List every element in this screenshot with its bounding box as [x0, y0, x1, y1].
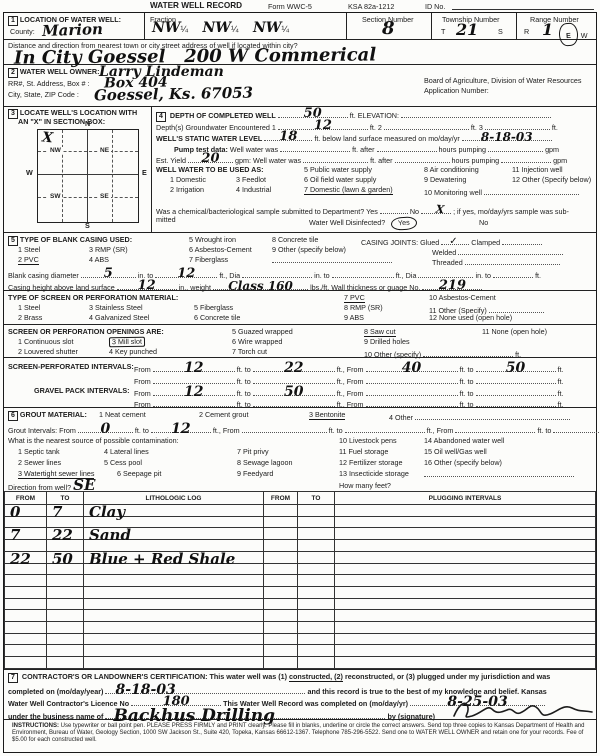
- application-number-label: Application Number:: [424, 87, 489, 95]
- screen-3: 3 Stainless Steel: [89, 304, 143, 312]
- spi-from-1: 12: [153, 363, 235, 372]
- compass-w: W: [26, 169, 33, 177]
- certification-text-1: CONTRACTOR'S OR LANDOWNER'S CERTIFICATIO…: [22, 672, 287, 681]
- opening-6: 6 Wire wrapped: [232, 338, 282, 346]
- casing-9: 9 Other (specify below): [272, 246, 346, 254]
- gw-2-label: ft. 2: [370, 123, 382, 132]
- log-text-value: Sand: [89, 526, 131, 544]
- contamination-question: What is the nearest source of possible c…: [8, 437, 179, 445]
- divider: [144, 13, 145, 39]
- form-body: 1LOCATION OF WATER WELL: County: Marion …: [3, 12, 597, 753]
- id-no-label: ID No.: [425, 3, 445, 11]
- screen-6: 6 Concrete tile: [194, 314, 240, 322]
- use-4: 4 Industrial: [236, 186, 271, 194]
- log-from-value: 7: [10, 526, 20, 544]
- ft-to-label: ft. to: [460, 365, 474, 374]
- use-11: 11 Injection well: [512, 166, 563, 174]
- pump-hp: hours pumping: [439, 145, 487, 154]
- casing-1: 1 Steel: [18, 246, 40, 254]
- pump-gpm-field: [488, 143, 543, 152]
- dia-in-to-2: in. to: [314, 271, 330, 280]
- form-title: WATER WELL RECORD: [150, 2, 242, 10]
- ft-to-label: ft. to: [237, 389, 251, 398]
- from-label: From: [134, 389, 151, 398]
- grout-1: 1 Neat cement: [99, 411, 146, 419]
- gpi-from-4: [366, 398, 458, 407]
- section-5-number: 5: [8, 236, 18, 246]
- contam-12: 12 Fertilizer storage: [339, 459, 403, 467]
- grout-from-3: [455, 424, 535, 433]
- from-label: From: [134, 400, 151, 409]
- casing-height-label: Casing height above land surface: [8, 283, 115, 292]
- screen-intervals-label: SCREEN-PERFORATED INTERVALS:: [8, 363, 134, 371]
- log-to-value: 22: [52, 526, 73, 544]
- spi-to-2: 50: [476, 363, 556, 372]
- elevation-field: [401, 109, 551, 118]
- yield-level-field: [303, 154, 368, 163]
- table-row: [5, 610, 596, 622]
- static-level-date-field: 8-18-03: [462, 132, 552, 141]
- log-to-value: 7: [52, 503, 62, 521]
- gauge-field: 219: [422, 281, 482, 290]
- compass-e: E: [142, 169, 147, 177]
- casing-2-selected: 2 PVC: [18, 255, 39, 265]
- business-name-label: under the business name of: [8, 712, 103, 721]
- section-3-title-1: LOCATE WELL'S LOCATION WITH: [20, 108, 137, 117]
- constructed-selected: constructed, (2): [289, 672, 343, 682]
- township-t: T: [441, 28, 445, 36]
- divider: [431, 13, 432, 39]
- quarter-glyph: ¼: [231, 24, 239, 34]
- static-level-mid: ft. below land surface measured on mo/da…: [314, 134, 459, 143]
- contam-7: 7 Pit privy: [237, 448, 269, 456]
- use-10-field: [484, 186, 579, 195]
- use-1: 1 Domestic: [170, 176, 206, 184]
- log-from-value: 22: [10, 550, 31, 568]
- completed-on-label: completed on (mo/day/year): [8, 687, 103, 696]
- divider: [4, 232, 596, 233]
- casing-other-field: [272, 262, 392, 263]
- fraction-value-1: NW: [152, 20, 181, 36]
- opening-9: 9 Drilled holes: [364, 338, 410, 346]
- ft-from-label: ft., From: [337, 377, 364, 386]
- use-2: 2 Irrigation: [170, 186, 204, 194]
- chem-mitted: mitted: [156, 216, 176, 224]
- opening-11: 11 None (open hole): [482, 328, 547, 336]
- ft-to-label: ft. to: [135, 426, 149, 435]
- section-box-center-hline: [38, 174, 138, 175]
- section-7-number: 7: [8, 673, 18, 683]
- gpi-from-1: 12: [153, 387, 235, 396]
- chem-tail: ; if yes, mo/day/yrs sample was sub-: [453, 207, 569, 216]
- screen-9: 9 ABS: [344, 314, 364, 322]
- casing-4: 4 ABS: [89, 256, 109, 264]
- certification-text-2: reconstructed, or (3) plugged under my j…: [345, 672, 550, 681]
- col-plugging-intervals: PLUGGING INTERVALS: [335, 492, 596, 505]
- gw-3-field: [485, 121, 550, 130]
- elevation-label: ft. ELEVATION:: [350, 111, 399, 120]
- section-box-center-vline: [87, 130, 88, 222]
- col-from-2: FROM: [264, 492, 298, 505]
- grout-4: 4 Other: [389, 413, 413, 422]
- screen-11-field: [489, 304, 544, 313]
- chem-no-field: X: [421, 205, 451, 214]
- section-box-quarter-vline: [112, 130, 113, 222]
- yield-hours-field: [395, 154, 450, 163]
- divider: [4, 669, 596, 670]
- casing-8: 8 Concrete tile: [272, 236, 318, 244]
- divider: [516, 13, 517, 39]
- board-text: Board of Agriculture, Division of Water …: [424, 77, 582, 85]
- table-row: [5, 645, 596, 657]
- section-number-value: 8: [382, 18, 395, 39]
- spi-from-4: [366, 375, 458, 384]
- use-6: 6 Oil field water supply: [304, 176, 376, 184]
- contam-14: 14 Abandoned water well: [424, 437, 504, 445]
- quadrant-ne: NE: [98, 147, 111, 154]
- quadrant-nw: NW: [48, 147, 63, 154]
- section-box-quarter-vline: [62, 130, 63, 222]
- disinfected-label: Water Well Disinfected?: [309, 218, 385, 227]
- license-field: 180: [131, 697, 221, 706]
- yield-gpm-field: [501, 154, 551, 163]
- opening-8-selected: 8 Saw cut: [364, 327, 396, 337]
- screen-8: 8 RMP (SR): [344, 304, 383, 312]
- use-8: 8 Air conditioning: [424, 166, 479, 174]
- fraction-value-3: NW: [253, 20, 282, 36]
- divider: [4, 106, 596, 107]
- opening-1: 1 Continuous slot: [18, 338, 74, 346]
- gpi-to-4: [476, 398, 556, 407]
- welded-field: [458, 246, 563, 255]
- ft-to-label: ft. to: [460, 377, 474, 386]
- log-from-value: 0: [10, 503, 20, 521]
- range-east-circled: E: [558, 22, 578, 46]
- quadrant-se: SE: [98, 193, 111, 200]
- groundwater-label: Depth(s) Groundwater Encountered: [156, 123, 270, 132]
- opening-5: 5 Guazed wrapped: [232, 328, 293, 336]
- yield-label: Est. Yield: [156, 156, 186, 165]
- grout-2: 2 Cement grout: [199, 411, 249, 419]
- city-value: Goessel, Ks. 67053: [94, 84, 253, 105]
- from-label: From: [59, 426, 76, 435]
- weight-field: Class 160: [213, 281, 308, 290]
- section-box-diagram: NW NE SW SE X: [37, 129, 139, 223]
- fraction-value-2: NW: [203, 20, 232, 36]
- from-label: From: [134, 365, 151, 374]
- gw-1: 1: [272, 123, 276, 132]
- dia-ft-dia-2: ft., Dia: [396, 271, 417, 280]
- township-value: 21: [456, 20, 478, 39]
- dia-in-to-3: in. to: [475, 271, 491, 280]
- table-row: [5, 598, 596, 610]
- section-6-number: 6: [8, 411, 18, 421]
- use-3: 3 Feedlot: [236, 176, 266, 184]
- grout-to-2: [345, 424, 425, 433]
- instructions-label: INSTRUCTIONS:: [12, 723, 59, 729]
- license-label: Water Well Contractor's Licence No: [8, 699, 129, 708]
- compass-s: S: [85, 222, 90, 230]
- ft-from-label: ft., From: [213, 426, 240, 435]
- wall-thickness-label: lbs./ft. Wall thickness or guage No.: [310, 283, 420, 292]
- screen-10: 10 Asbestos-Cement: [429, 294, 496, 302]
- table-row: 7 22 Sand: [5, 528, 596, 540]
- glued-check-mark: ✓: [449, 238, 457, 246]
- opening-7: 7 Torch cut: [232, 348, 267, 356]
- log-text-value: Clay: [89, 503, 125, 521]
- completed-date-field: 8-18-03: [105, 685, 305, 694]
- screen-12: 12 None used (open hole): [429, 314, 512, 322]
- contam-15: 15 Oil well/Gas well: [424, 448, 487, 456]
- chem-no-label: No: [410, 207, 419, 216]
- gpi-to-3: [253, 398, 335, 407]
- screen-2: 2 Brass: [18, 314, 42, 322]
- ft-from-label: ft., From: [337, 365, 364, 374]
- ft-to-label: ft. to: [460, 400, 474, 409]
- divider: [4, 39, 596, 40]
- quadrant-sw: SW: [48, 193, 62, 200]
- weight-label: in., weight: [179, 283, 211, 292]
- grout-to-3: [553, 424, 600, 433]
- section-2-number: 2: [8, 68, 18, 78]
- table-row: [5, 575, 596, 587]
- disinfected-yes-circled: Yes: [391, 216, 418, 231]
- spi-to-1: 22: [253, 363, 335, 372]
- address-label: RR#, St. Address, Box # :: [8, 80, 90, 88]
- table-row: [5, 657, 596, 669]
- range-value: 1: [542, 20, 553, 39]
- divider: [4, 324, 596, 325]
- use-7-selected: 7 Domestic (lawn & garden): [304, 185, 393, 195]
- county-value: Marion: [42, 20, 103, 40]
- section-1-number: 1: [8, 16, 18, 26]
- table-row: [5, 622, 596, 634]
- use-12: 12 Other (Specify below): [512, 176, 591, 184]
- table-row: 22 50 Blue + Red Shale: [5, 551, 596, 563]
- opening-3-selected: 3 Mill slot: [109, 337, 145, 348]
- casing-height-field: 12: [117, 281, 177, 290]
- ft-label: ft.: [552, 123, 558, 132]
- ft-from-label: ft., From: [427, 426, 454, 435]
- range-r: R: [524, 28, 529, 36]
- grout-to-field: 12: [151, 424, 211, 433]
- blank-casing-diameter-label: Blank casing diameter: [8, 271, 79, 280]
- spi-to-4: [476, 375, 556, 384]
- how-many-feet-label: How many feet?: [339, 482, 391, 490]
- openings-title: SCREEN OR PERFORATION OPENINGS ARE:: [8, 328, 164, 336]
- ksa-statute: KSA 82a-1212: [348, 3, 394, 11]
- opening-10-ft: ft.: [515, 350, 521, 359]
- contam-1: 1 Septic tank: [18, 448, 60, 456]
- ft-label: ft.: [558, 365, 564, 374]
- log-to-value: 50: [52, 550, 73, 568]
- city-label: City, State, ZIP Code :: [8, 91, 79, 99]
- pump-after: ft. after: [352, 145, 374, 154]
- pump-level-field: [280, 143, 350, 152]
- yield-gpm2: gpm: [553, 156, 567, 165]
- casing-5: 5 Wrought iron: [189, 236, 236, 244]
- yield-field: 20: [188, 154, 233, 163]
- depth2-field: [332, 269, 394, 278]
- pump-hours-field: [377, 143, 437, 152]
- use-label: WELL WATER TO BE USED AS:: [156, 166, 264, 174]
- ft-from-label: ft., From: [337, 400, 364, 409]
- static-level-field: 18: [264, 132, 312, 141]
- screen-material-title: TYPE OF SCREEN OR PERFORATION MATERIAL:: [8, 294, 178, 302]
- table-row: 0 7 Clay: [5, 505, 596, 517]
- well-location-x-mark: X: [41, 129, 53, 146]
- casing-joints-glued-label: CASING JOINTS: Glued: [361, 238, 439, 247]
- depth-field: 50: [278, 109, 348, 118]
- casing-3: 3 RMP (SR): [89, 246, 128, 254]
- gravel-pack-label: GRAVEL PACK INTERVALS:: [34, 387, 130, 395]
- grout-from-2: [242, 424, 327, 433]
- ft-to-label: ft. to: [460, 389, 474, 398]
- contam-5: 5 Cess pool: [104, 459, 142, 467]
- depth3-field: [493, 269, 533, 278]
- casing-6: 6 Asbestos-Cement: [189, 246, 252, 254]
- contam-11: 11 Fuel storage: [339, 448, 388, 456]
- chem-question: Was a chemical/bacteriological sample su…: [156, 207, 378, 216]
- chem-yes-field: [380, 205, 408, 214]
- yield-hp: hours pumping: [452, 156, 500, 165]
- pump-www: Well water was: [230, 145, 278, 154]
- contam-13: 13 Insecticide storage: [339, 470, 409, 478]
- range-west: W: [581, 31, 588, 40]
- casing-depth-field: 12: [155, 269, 217, 278]
- divider: [151, 106, 152, 232]
- depth-label: DEPTH OF COMPLETED WELL: [170, 111, 276, 120]
- gpi-to-2: [476, 387, 556, 396]
- instructions-text: Use typewriter or ball point pen. PLEASE…: [12, 723, 584, 743]
- quarter-glyph: ¼: [181, 24, 189, 34]
- from-label: From: [134, 377, 151, 386]
- ft-to-label: ft. to: [237, 400, 251, 409]
- yield-www: Well water was: [253, 156, 301, 165]
- contam-6: 6 Seepage pit: [117, 470, 161, 478]
- screen-5: 5 Fiberglass: [194, 304, 233, 312]
- contam-4: 4 Lateral lines: [104, 448, 149, 456]
- grout-3-selected: 3 Bentonite: [309, 410, 345, 420]
- glued-field: ✓: [441, 236, 469, 245]
- county-label: County:: [10, 28, 35, 36]
- opening-10: 10 Other (specify): [364, 350, 421, 359]
- contam-other-field: [424, 476, 574, 477]
- screen-1: 1 Steel: [18, 304, 40, 312]
- ft-to-label: ft. to: [329, 426, 343, 435]
- ft-label: ft.: [558, 377, 564, 386]
- yield-gpm: gpm:: [235, 156, 251, 165]
- pump-gpm: gpm: [545, 145, 559, 154]
- gpi-from-2: [366, 387, 458, 396]
- grout-other-field: [415, 411, 570, 420]
- opening-2: 2 Louvered shutter: [18, 348, 78, 356]
- threaded-field: [465, 256, 560, 265]
- spi-from-3: [153, 375, 235, 384]
- log-text-value: Blue + Red Shale: [89, 550, 235, 568]
- static-level-label: WELL'S STATIC WATER LEVEL: [156, 134, 262, 143]
- spi-from-2: 40: [366, 363, 458, 372]
- gw-2-field: [384, 121, 469, 130]
- ft-to-label: ft. to: [237, 377, 251, 386]
- grout-intervals-label: Grout Intervals:: [8, 426, 57, 435]
- contam-8: 8 Sewage lagoon: [237, 459, 293, 467]
- business-name-field: Backhus Drilling: [105, 710, 385, 719]
- opening-10-field: [423, 348, 513, 357]
- contam-9: 9 Feedyard: [237, 470, 273, 478]
- township-s: S: [498, 28, 503, 36]
- dia-ft: ft.: [535, 271, 541, 280]
- section-3-number: 3: [8, 109, 18, 119]
- id-no-blank: [452, 1, 594, 10]
- spi-to-3: [253, 375, 335, 384]
- grout-title: GROUT MATERIAL:: [20, 410, 87, 419]
- section-3-title-2: AN "X" IN SECTION BOX:: [18, 118, 105, 126]
- dia3-field: [418, 269, 473, 278]
- yield-after: ft. after: [370, 156, 392, 165]
- use-5: 5 Public water supply: [304, 166, 372, 174]
- casing-dia-field: 5: [81, 269, 136, 278]
- table-row: [5, 633, 596, 645]
- table-row: [5, 586, 596, 598]
- signature-label: by (signature): [387, 712, 435, 721]
- compass-n: N: [85, 120, 90, 128]
- contam-2: 2 Sewer lines: [18, 459, 61, 467]
- use-9: 9 Dewatering: [424, 176, 466, 184]
- dia2-field: [242, 269, 312, 278]
- water-well-record-scan: WATER WELL RECORD Form WWC-5 KSA 82a-121…: [0, 0, 600, 756]
- ft-from-label: ft., From: [337, 389, 364, 398]
- divider: [346, 13, 347, 39]
- grout-from-field: 0: [78, 424, 133, 433]
- ft-label: ft.: [558, 389, 564, 398]
- ft-to-label: ft. to: [237, 365, 251, 374]
- casing-7: 7 Fiberglass: [189, 256, 228, 264]
- quarter-glyph: ¼: [282, 24, 290, 34]
- opening-4: 4 Key punched: [109, 348, 157, 356]
- contam-10: 10 Livestock pens: [339, 437, 397, 445]
- contam-16: 16 Other (specify below): [424, 459, 502, 467]
- clamped-field: [502, 236, 542, 245]
- disinfected-no: No: [479, 218, 488, 227]
- use-10: 10 Monitoring well: [424, 188, 482, 197]
- certification-text-3: and this record is true to the best of m…: [307, 687, 546, 696]
- ft-label: ft.: [558, 400, 564, 409]
- screen-7-selected: 7 PVC: [344, 293, 365, 303]
- gpi-from-3: [153, 398, 235, 407]
- lithologic-table: FROM TO LITHOLOGIC LOG FROM TO PLUGGING …: [4, 491, 596, 669]
- owner-title: WATER WELL OWNER:: [20, 67, 100, 76]
- gpi-to-1: 50: [253, 387, 335, 396]
- blank-casing-title: TYPE OF BLANK CASING USED:: [20, 235, 132, 244]
- signature-scrawl: [452, 699, 594, 721]
- ft-to-label: ft. to: [537, 426, 551, 435]
- form-number: Form WWC-5: [268, 3, 312, 11]
- screen-4: 4 Galvanized Steel: [89, 314, 149, 322]
- col-to-2: TO: [298, 492, 335, 505]
- chem-no-x-mark: X: [429, 204, 452, 216]
- threaded-label: Threaded: [432, 258, 463, 267]
